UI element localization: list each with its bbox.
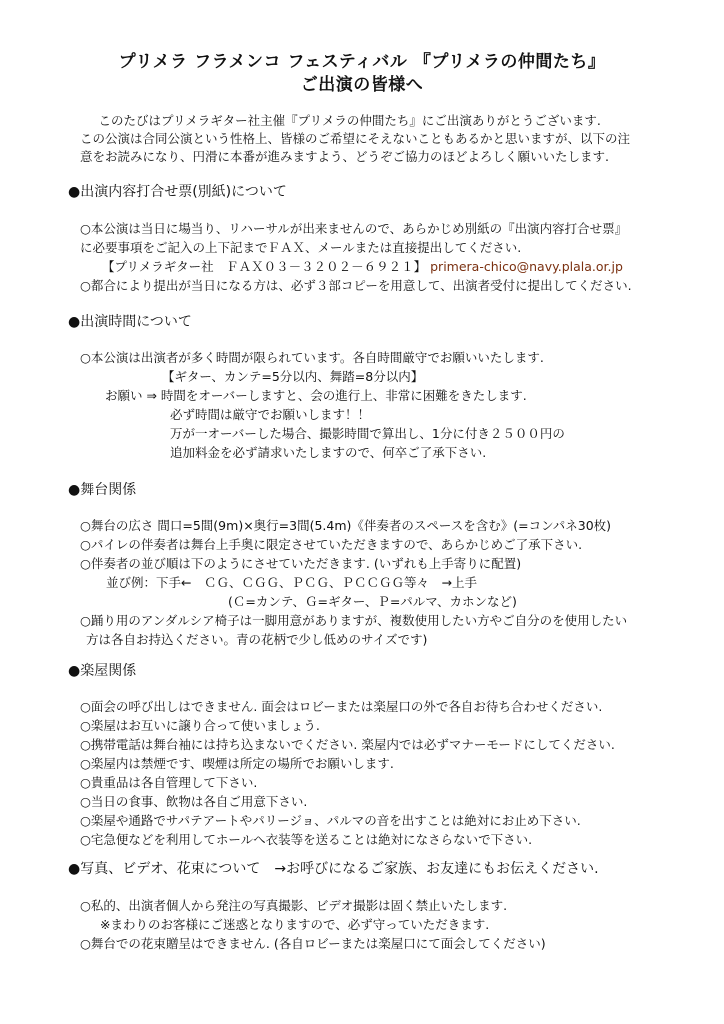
section-line: ○当日の食事、飲物は各自ご用意下さい.: [80, 794, 307, 810]
intro-line: 意をお読みになり、円滑に本番が進みますよう、どうぞご協力のほどよろしく願いいたし…: [80, 149, 609, 165]
section-heading-photo-video-flowers: ●写真、ビデオ、花束について →お呼びになるご家族、お友達にもお伝えください.: [68, 860, 599, 878]
section-heading-rehearsal-sheet: ●出演内容打合せ票(別紙)について: [68, 183, 287, 201]
document-title: プリメラ フラメンコ フェスティバル 『プリメラの仲間たち』: [0, 47, 724, 72]
section-line: ※まわりのお客様にご迷惑となりますので、必ず守っていただきます.: [100, 917, 489, 933]
section-line: ○パイレの伴奏者は舞台上手奥に限定させていただきますので、あらかじめご了承下さい…: [80, 537, 582, 553]
section-line: ○都合により提出が当日になる方は、必ず３部コピーを用意して、出演者受付に提出して…: [80, 278, 632, 294]
section-line: 必ず時間は厳守でお願いします！！: [170, 407, 370, 423]
section-line: 方は各自お持込ください。青の花柄で少し低めのサイズです): [86, 632, 427, 648]
section-line: ○私的、出演者個人から発注の写真撮影、ビデオ撮影は固く禁止いたします.: [80, 898, 507, 914]
section-line: 並び例：下手← ＣＧ、ＣＧＧ、ＰＣＧ、ＰＣＣＧＧ等々 →上手: [106, 575, 477, 591]
section-line: ○面会の呼び出しはできません. 面会はロビーまたは楽屋口の外で各自お待ち合わせく…: [80, 699, 602, 715]
section-heading-performance-time: ●出演時間について: [68, 313, 192, 331]
section-line: ○楽屋や通路でサパテアートやパリージョ、パルマの音を出すことは絶対にお止め下さい…: [80, 813, 581, 829]
section-line: に必要事項をご記入の上下記までＦＡＸ、メールまたは直接提出してください.: [80, 240, 521, 256]
section-line: ○楽屋はお互いに譲り合って使いましょう.: [80, 718, 320, 734]
document-subtitle: ご出演の皆様へ: [0, 70, 724, 95]
section-heading-dressing-room: ●楽屋関係: [68, 662, 136, 680]
section-line: 万が一オーバーした場合、撮影時間で算出し、1分に付き２５００円の: [170, 426, 565, 442]
section-line: ○伴奏者の並び順は下のようにさせていただきます. (いずれも上手寄りに配置): [80, 556, 521, 572]
email-link[interactable]: primera-chico@navy.plala.or.jp: [430, 259, 623, 274]
intro-line: このたびはプリメラギター社主催『プリメラの仲間たち』にご出演ありがとうございます…: [86, 113, 601, 129]
section-line: ○本公演は当日に場当り、リハーサルが出来ませんので、あらかじめ別紙の『出演内容打…: [80, 221, 627, 237]
section-line: ○舞台での花束贈呈はできません. (各自ロビーまたは楽屋口にて面会してください): [80, 936, 546, 952]
section-line: ○本公演は出演者が多く時間が限られています。各自時間厳守でお願いいたします.: [80, 350, 544, 366]
section-line: ○踊り用のアンダルシア椅子は一脚用意がありますが、複数使用したい方やご自分のを使…: [80, 613, 627, 629]
section-line: 【ギター、カンテ=5分以内、舞踏=8分以内】: [162, 369, 423, 385]
section-line: 追加料金を必ず請求いたしますので、何卒ご了承下さい.: [170, 445, 486, 461]
section-line: ○携帯電話は舞台袖には持ち込まないでください. 楽屋内では必ずマナーモードにして…: [80, 737, 615, 753]
section-line: ○貴重品は各自管理して下さい.: [80, 775, 257, 791]
section-line: ○舞台の広さ 間口=5間(9m)×奥行=3間(5.4m)《伴奏者のスペースを含む…: [80, 518, 611, 534]
section-line: お願い ⇒ 時間をオーバーしますと、会の進行上、非常に困難をきたします.: [105, 388, 527, 404]
section-heading-stage: ●舞台関係: [68, 481, 136, 499]
section-line: ○楽屋内は禁煙です、喫煙は所定の場所でお願いします.: [80, 756, 394, 772]
fax-info: 【プリメラギター社 ＦＡＸ０３－３２０２－６９２１】: [102, 259, 426, 274]
section-line: ○宅急便などを利用してホールへ衣装等を送ることは絶対になさらないで下さい.: [80, 832, 532, 848]
intro-line: この公演は合同公演という性格上、皆様のご希望にそえないこともあるかと思いますが、…: [80, 131, 630, 147]
section-line: 【プリメラギター社 ＦＡＸ０３－３２０２－６９２１】 primera-chico…: [102, 259, 623, 275]
section-line: (Ｃ=カンテ、Ｇ=ギター、Ｐ=パルマ、カホンなど): [228, 594, 517, 610]
